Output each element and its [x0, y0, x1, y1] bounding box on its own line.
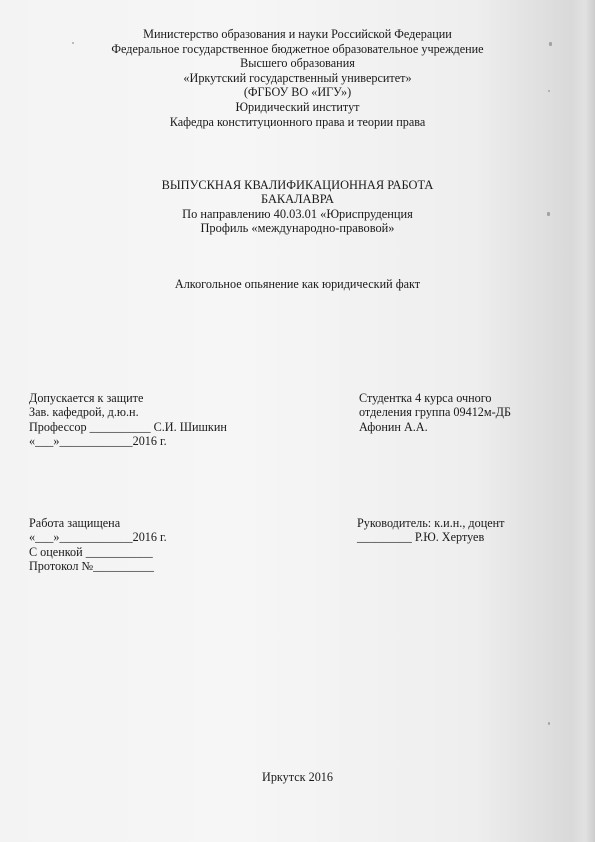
defense-date-line: «___»____________2016 г.: [29, 530, 167, 544]
student-course-line: Студентка 4 курса очного: [359, 391, 511, 405]
defense-block: Работа защищена «___»____________2016 г.…: [29, 516, 167, 574]
work-title-block: ВЫПУСКНАЯ КВАЛИФИКАЦИОННАЯ РАБОТА БАКАЛА…: [0, 178, 595, 236]
professor-signature-line: Профессор __________ С.И. Шишкин: [29, 420, 227, 434]
university-name-line: «Иркутский государственный университет»: [0, 71, 595, 86]
degree-line: БАКАЛАВРА: [0, 192, 595, 206]
supervisor-title-line: Руководитель: к.и.н., доцент: [357, 516, 505, 530]
scan-speck: [548, 722, 550, 725]
protocol-line: Протокол №__________: [29, 559, 167, 573]
supervisor-block: Руководитель: к.и.н., доцент _________ Р…: [357, 516, 505, 545]
ministry-line: Министерство образования и науки Российс…: [0, 27, 595, 42]
document-page: Министерство образования и науки Российс…: [0, 0, 595, 842]
student-group-line: отделения группа 09412м-ДБ: [359, 405, 511, 419]
head-of-department-line: Зав. кафедрой, д.ю.н.: [29, 405, 227, 419]
admission-date-line: «___»____________2016 г.: [29, 434, 227, 448]
student-name-line: Афонин А.А.: [359, 420, 511, 434]
work-type-line: ВЫПУСКНАЯ КВАЛИФИКАЦИОННАЯ РАБОТА: [0, 178, 595, 192]
institute-line: Юридический институт: [0, 100, 595, 115]
student-block: Студентка 4 курса очного отделения групп…: [359, 391, 511, 434]
direction-line: По направлению 40.03.01 «Юриспруденция: [0, 207, 595, 221]
education-level-line: Высшего образования: [0, 56, 595, 71]
institution-type-line: Федеральное государственное бюджетное об…: [0, 42, 595, 57]
admission-block: Допускается к защите Зав. кафедрой, д.ю.…: [29, 391, 227, 449]
thesis-topic: Алкогольное опьянение как юридический фа…: [0, 277, 595, 292]
university-abbr-line: (ФГБОУ ВО «ИГУ»): [0, 85, 595, 100]
city-year-footer: Иркутск 2016: [0, 770, 595, 785]
admission-heading: Допускается к защите: [29, 391, 227, 405]
grade-line: С оценкой ___________: [29, 545, 167, 559]
department-line: Кафедра конституционного права и теории …: [0, 115, 595, 130]
institution-header: Министерство образования и науки Российс…: [0, 27, 595, 129]
profile-line: Профиль «международно-правовой»: [0, 221, 595, 235]
supervisor-signature-line: _________ Р.Ю. Хертуев: [357, 530, 505, 544]
defense-heading: Работа защищена: [29, 516, 167, 530]
